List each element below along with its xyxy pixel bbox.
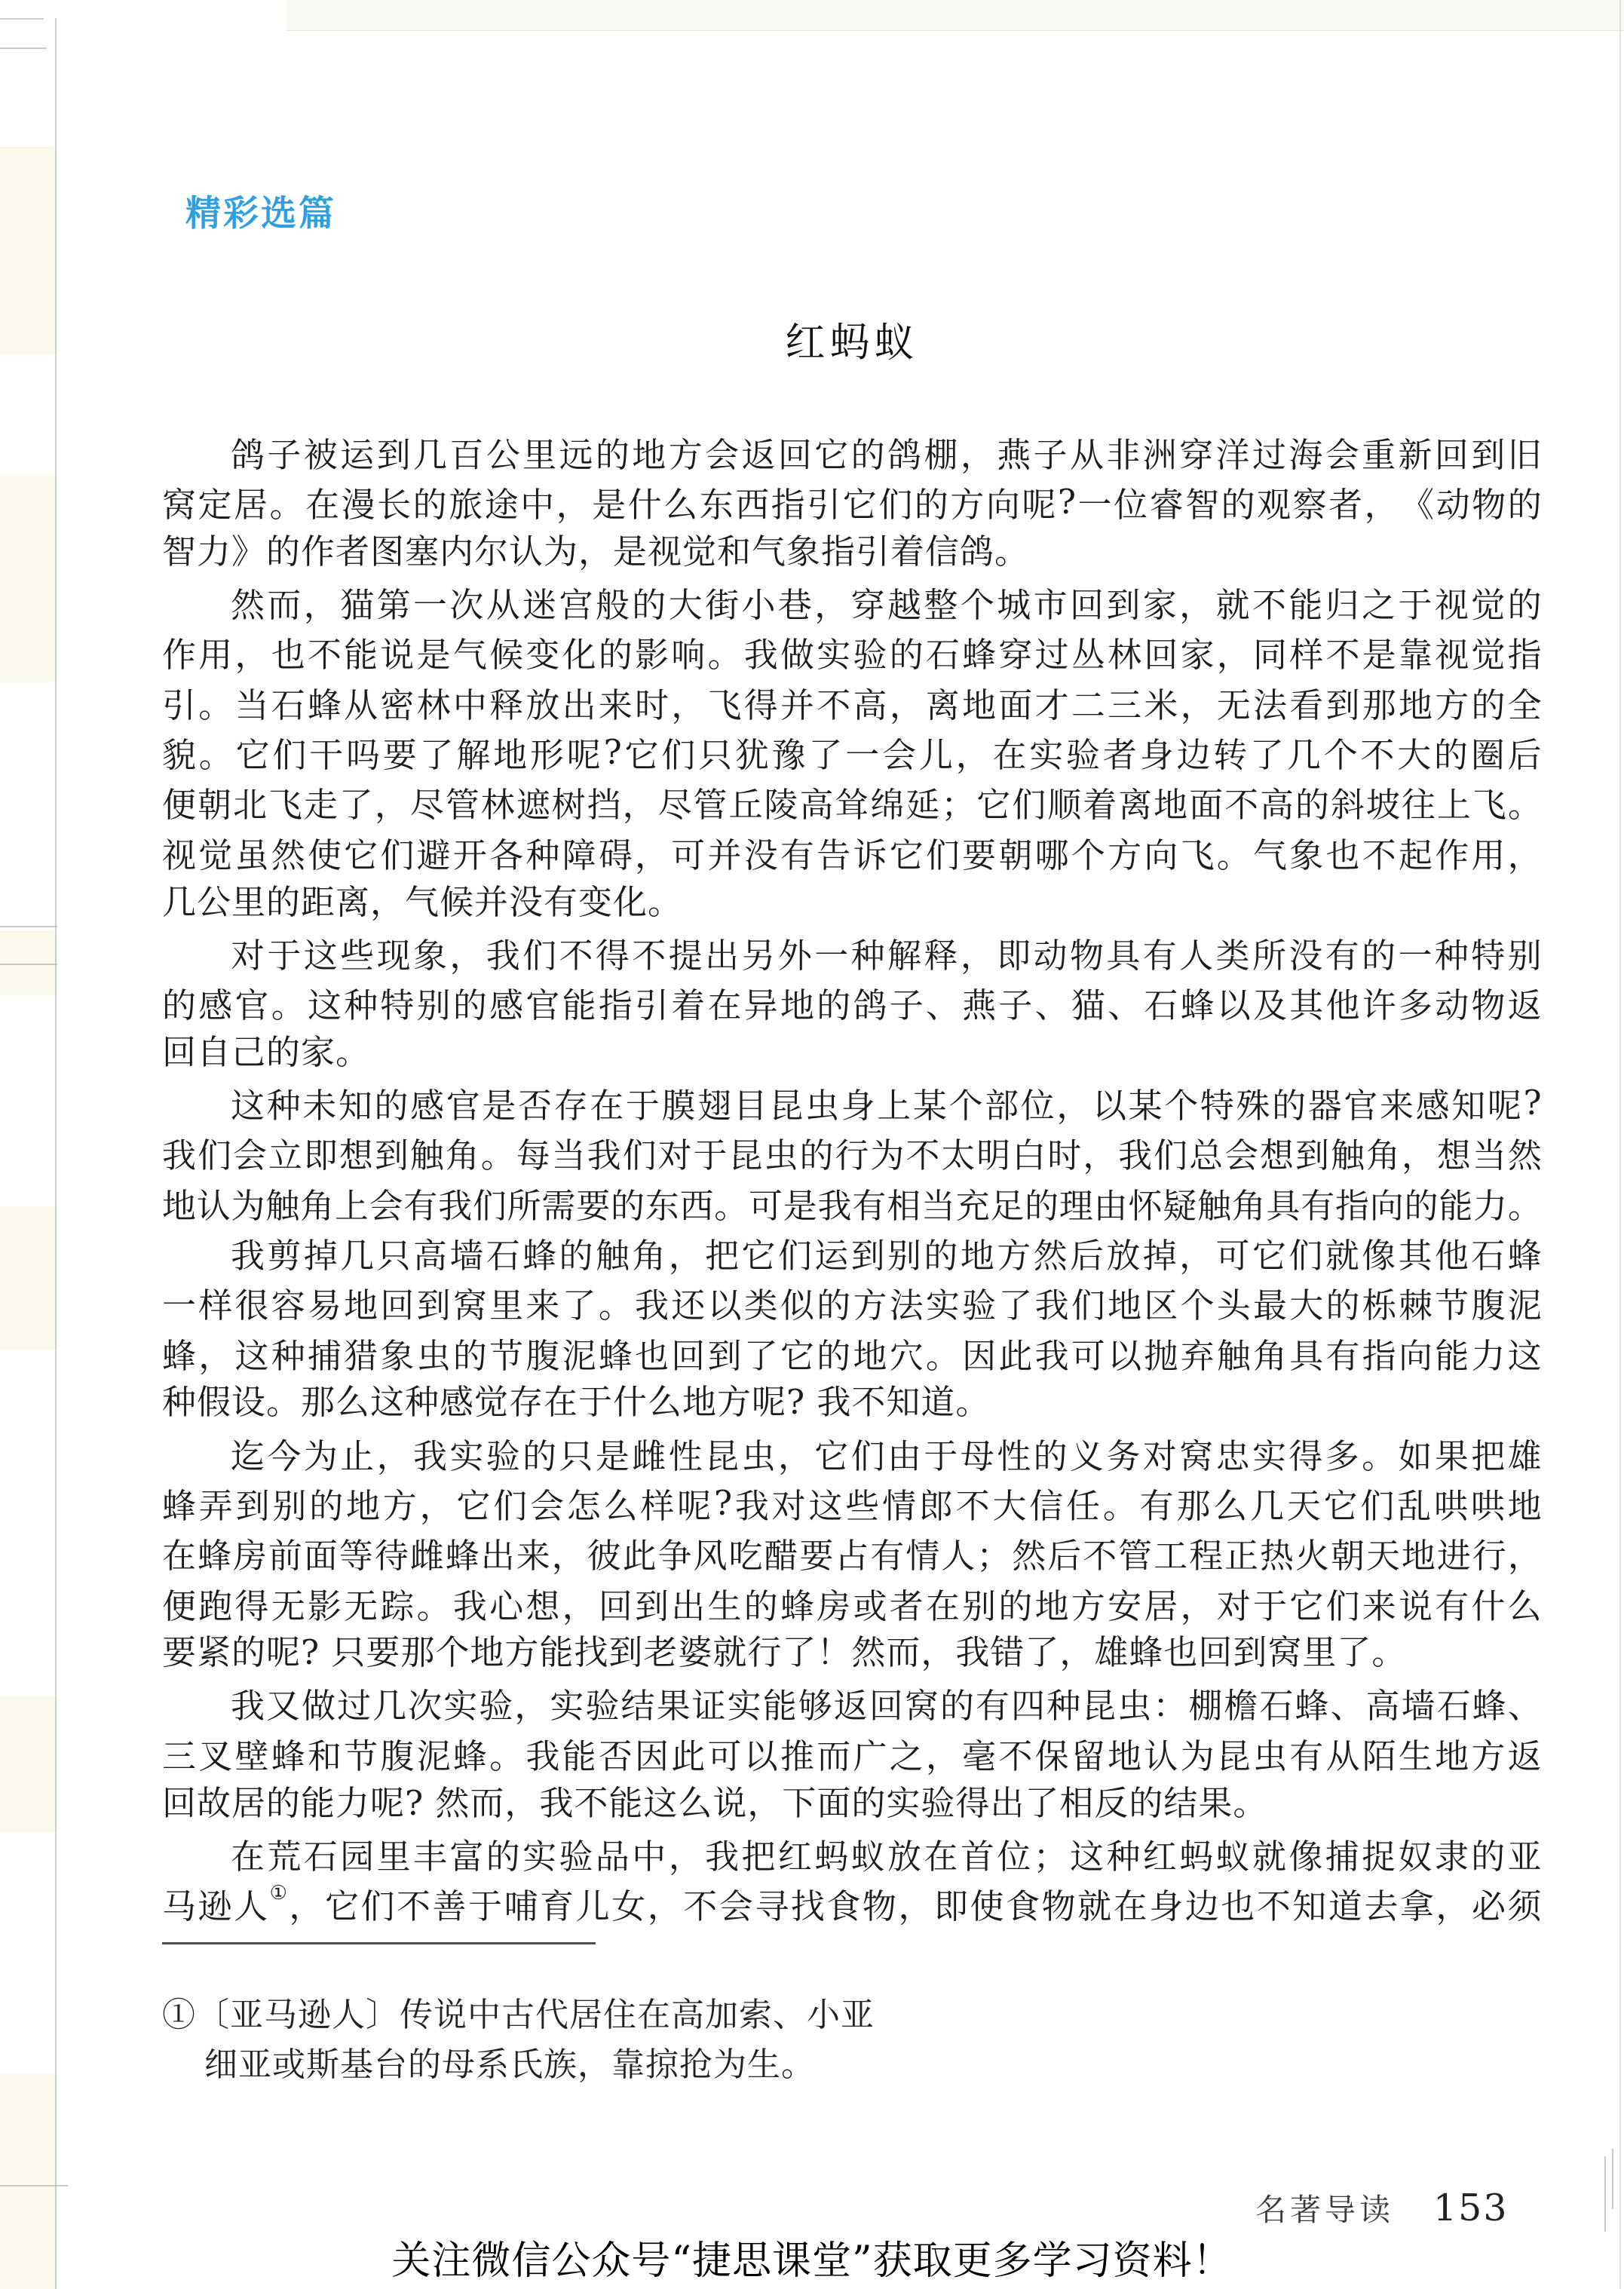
text-line: 的感官。这种特别的感官能指引着在异地的鸽子、燕子、猫、石蜂以及其他许多动物返 bbox=[162, 977, 1542, 1027]
text-line: 智力》的作者图塞内尔认为，是视觉和气象指引着信鸽。 bbox=[162, 527, 1542, 577]
text-line: 马逊人①，它们不善于哺育儿女，不会寻找食物，即使食物就在身边也不知道去拿，必须 bbox=[162, 1878, 1542, 1928]
footer-page-number: 153 bbox=[1433, 2186, 1509, 2229]
paragraph: 迄今为止，我实验的只是雌性昆虫，它们由于母性的义务对窝忠实得多。如果把雄蜂弄到别… bbox=[162, 1428, 1542, 1678]
text-line: 迄今为止，我实验的只是雌性昆虫，它们由于母性的义务对窝忠实得多。如果把雄 bbox=[162, 1428, 1542, 1478]
paragraph: 这种未知的感官是否存在于膜翅目昆虫身上某个部位，以某个特殊的器官来感知呢?我们会… bbox=[162, 1077, 1542, 1227]
footnote-divider bbox=[162, 1942, 596, 1944]
paragraph: 我又做过几次实验，实验结果证实能够返回窝的有四种昆虫：棚檐石蜂、高墙石蜂、三叉壁… bbox=[162, 1678, 1542, 1828]
scan-right-edge-line bbox=[1619, 0, 1621, 2289]
scan-hline bbox=[0, 18, 44, 20]
text-line: 种假设。那么这种感觉存在于什么地方呢? 我不知道。 bbox=[162, 1377, 1542, 1427]
scan-paper-block bbox=[0, 475, 57, 682]
scan-hline bbox=[0, 926, 57, 927]
scan-left-edge-line bbox=[55, 18, 57, 2289]
section-label: 精彩选篇 bbox=[185, 185, 336, 236]
text-line: 我又做过几次实验，实验结果证实能够返回窝的有四种昆虫：棚檐石蜂、高墙石蜂、 bbox=[162, 1678, 1542, 1728]
scan-noise-band bbox=[286, 0, 1624, 31]
text-line: 回自己的家。 bbox=[162, 1028, 1542, 1077]
text-line: 引。当石蜂从密林中释放出来时，飞得并不高，离地面才二三米，无法看到那地方的全 bbox=[162, 677, 1542, 727]
text-line: 一样很容易地回到窝里来了。我还以类似的方法实验了我们地区个头最大的栎棘节腹泥 bbox=[162, 1278, 1542, 1328]
text-line: 我剪掉几只高墙石蜂的触角，把它们运到别的地方然后放掉，可它们就像其他石蜂 bbox=[162, 1227, 1542, 1277]
page-footer: 名著导读 153 bbox=[1255, 2185, 1509, 2229]
scan-right-mark bbox=[1604, 2156, 1606, 2232]
footnote-line: ①〔亚马逊人〕传说中古代居住在高加索、小亚 bbox=[162, 1990, 875, 2040]
text-line: 地认为触角上会有我们所需要的东西。可是我有相当充足的理由怀疑触角具有指向的能力。 bbox=[162, 1178, 1542, 1227]
scan-right-mark bbox=[1612, 2149, 1613, 2209]
scan-hline bbox=[0, 47, 47, 49]
text-line: 几公里的距离，气候并没有变化。 bbox=[162, 878, 1542, 927]
scan-paper-block bbox=[0, 1696, 57, 1832]
page-title: 红蚂蚁 bbox=[162, 311, 1542, 368]
scan-hline bbox=[0, 964, 57, 965]
text-line: 对于这些现象，我们不得不提出另外一种解释，即动物具有人类所没有的一种特别 bbox=[162, 927, 1542, 977]
footnote-line: 细亚或斯基台的母系氏族，靠掠抢为生。 bbox=[162, 2040, 875, 2090]
text-line: 要紧的呢? 只要那个地方能找到老婆就行了！然而，我错了，雄蜂也回到窝里了。 bbox=[162, 1628, 1542, 1678]
text-line: 在蜂房前面等待雌蜂出来，彼此争风吃醋要占有情人；然后不管工程正热火朝天地进行， bbox=[162, 1528, 1542, 1578]
text-line: 视觉虽然使它们避开各种障碍，可并没有告诉它们要朝哪个方向飞。气象也不起作用， bbox=[162, 827, 1542, 877]
footnote: ①〔亚马逊人〕传说中古代居住在高加索、小亚细亚或斯基台的母系氏族，靠掠抢为生。 bbox=[162, 1990, 875, 2090]
text-line: 然而，猫第一次从迷宫般的大街小巷，穿越整个城市回到家，就不能归之于视觉的 bbox=[162, 577, 1542, 627]
text-line: 貌。它们干吗要了解地形呢?它们只犹豫了一会儿，在实验者身边转了几个不大的圈后 bbox=[162, 727, 1542, 777]
paragraph: 在荒石园里丰富的实验品中，我把红蚂蚁放在首位；这种红蚂蚁就像捕捉奴隶的亚马逊人①… bbox=[162, 1828, 1542, 1929]
body-text: 鸽子被运到几百公里远的地方会返回它的鸽棚，燕子从非洲穿洋过海会重新回到旧窝定居。… bbox=[162, 427, 1542, 1929]
paragraph: 我剪掉几只高墙石蜂的触角，把它们运到别的地方然后放掉，可它们就像其他石蜂一样很容… bbox=[162, 1227, 1542, 1428]
text-line: 蜂，这种捕猎象虫的节腹泥蜂也回到了它的地穴。因此我可以抛弃触角具有指向能力这 bbox=[162, 1328, 1542, 1377]
paragraph: 对于这些现象，我们不得不提出另外一种解释，即动物具有人类所没有的一种特别的感官。… bbox=[162, 927, 1542, 1077]
scan-paper-block bbox=[0, 2073, 57, 2289]
footer-section-label: 名著导读 bbox=[1255, 2185, 1394, 2229]
scan-paper-block bbox=[0, 1206, 57, 1350]
text-line: 便跑得无影无踪。我心想，回到出生的蜂房或者在别的地方安居，对于它们来说有什么 bbox=[162, 1578, 1542, 1628]
text-line: 三叉壁蜂和节腹泥蜂。我能否因此可以推而广之，毫不保留地认为昆虫有从陌生地方返 bbox=[162, 1728, 1542, 1778]
scanned-book-page: 精彩选篇 红蚂蚁 鸽子被运到几百公里远的地方会返回它的鸽棚，燕子从非洲穿洋过海会… bbox=[0, 0, 1624, 2289]
text-line: 窝定居。在漫长的旅途中，是什么东西指引它们的方向呢?一位睿智的观察者，《动物的 bbox=[162, 476, 1542, 526]
text-line: 回故居的能力呢? 然而，我不能这么说，下面的实验得出了相反的结果。 bbox=[162, 1779, 1542, 1828]
text-line: 这种未知的感官是否存在于膜翅目昆虫身上某个部位，以某个特殊的器官来感知呢? bbox=[162, 1077, 1542, 1127]
scan-left-strip bbox=[0, 0, 57, 2289]
scan-paper-block bbox=[0, 147, 57, 354]
text-line: 便朝北飞走了，尽管林遮树挡，尽管丘陵高耸绵延；它们顺着离地面不高的斜坡往上飞。 bbox=[162, 777, 1542, 827]
text-line: 在荒石园里丰富的实验品中，我把红蚂蚁放在首位；这种红蚂蚁就像捕捉奴隶的亚 bbox=[162, 1828, 1542, 1878]
paragraph: 鸽子被运到几百公里远的地方会返回它的鸽棚，燕子从非洲穿洋过海会重新回到旧窝定居。… bbox=[162, 427, 1542, 577]
text-line: 蜂弄到别的地方，它们会怎么样呢?我对这些情郎不大信任。有那么几天它们乱哄哄地 bbox=[162, 1478, 1542, 1528]
paragraph: 然而，猫第一次从迷宫般的大街小巷，穿越整个城市回到家，就不能归之于视觉的作用，也… bbox=[162, 577, 1542, 927]
text-line: 鸽子被运到几百公里远的地方会返回它的鸽棚，燕子从非洲穿洋过海会重新回到旧 bbox=[162, 427, 1542, 476]
promo-banner-text: 关注微信公众号“捷思课堂”获取更多学习资料！ bbox=[391, 2229, 1232, 2285]
text-line: 我们会立即想到触角。每当我们对于昆虫的行为不太明白时，我们总会想到触角，想当然 bbox=[162, 1127, 1542, 1177]
scan-hline bbox=[0, 2185, 68, 2186]
text-line: 作用，也不能说是气候变化的影响。我做实验的石蜂穿过丛林回家，同样不是靠视觉指 bbox=[162, 627, 1542, 677]
footnote-ref-marker: ① bbox=[270, 1883, 287, 1903]
